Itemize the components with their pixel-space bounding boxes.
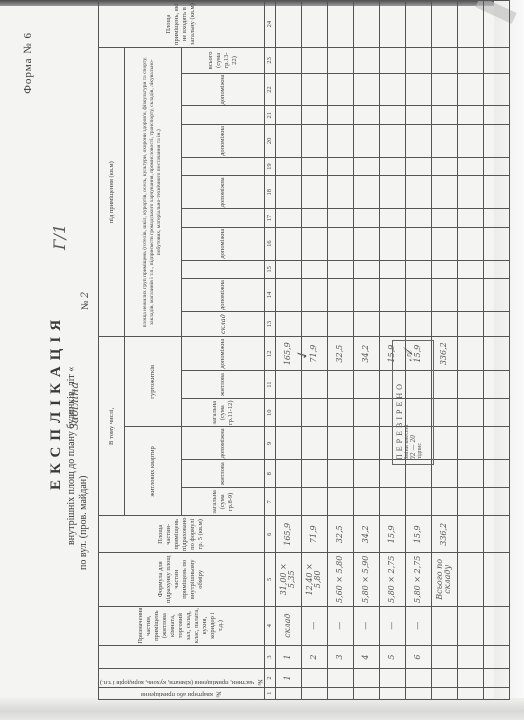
form-number: Форма № 6 (22, 32, 34, 94)
header-col15 (181, 260, 264, 278)
number-field: № 2 (80, 292, 91, 310)
header-col6: Площа частин-приміщень підраховано по фо… (99, 516, 265, 553)
verified-stamp: ПЕРЕВІРЕНО Зміни внесені 02 — 20 підпис … (392, 340, 434, 465)
header-col1: № квартири або приміщення (99, 687, 265, 699)
table-row (483, 1, 509, 700)
document-page: Форма № 6 ЕКСПЛІКАЦІЯ внутрішніх площ до… (0, 0, 524, 720)
header-public-groups: площа нежилих груп приміщень (готелів, ш… (125, 48, 182, 337)
subtitle-line2: по вул. (пров. майдан) (78, 476, 89, 570)
header-non-residential: під приміщення (кв.м) (99, 48, 125, 337)
header-col13: склад (181, 312, 264, 337)
street-value: Забіліна (68, 382, 81, 430)
header-in-that-number: В тому числі, (99, 337, 125, 516)
header-col9: допоміжна (181, 427, 264, 460)
header-col14: допоміжна (181, 279, 264, 312)
header-col5: Формула для підрахунку площ частин примі… (99, 553, 265, 607)
signature-icon: 𝒜 (401, 347, 416, 361)
table-row-total: Всього по складу336,2 336,2 (431, 1, 457, 700)
header-col17 (181, 209, 264, 227)
header-col10: загальна (сума гр.11-12) (181, 399, 264, 427)
table-row: 3— 5,60 × 5,8032,5 32,5 (327, 1, 353, 700)
header-col4: Призначення частин, приміщень (житлова к… (99, 606, 265, 645)
header-col18: допоміжна (181, 176, 264, 209)
header-col2: № частини, приміщення (кімнати, кухонь, … (99, 669, 265, 687)
header-dormitories: гуртожитків (125, 337, 182, 427)
table-row: 4— 5,80 × 5,9034,2 34,2 (353, 1, 379, 700)
header-col22: допоміжна (181, 73, 264, 106)
header-col8: житлова (181, 460, 264, 488)
header-col23: всього (сума гр.13-22) (181, 48, 264, 73)
header-col12: допоміжна (181, 337, 264, 371)
header-col3 (99, 645, 265, 669)
header-col11: житлова (181, 371, 264, 399)
header-col7: загальна (сума гр.8-9) (181, 488, 264, 516)
table-row (457, 1, 483, 700)
header-col20: допоміжна (181, 124, 264, 157)
document-title: ЕКСПЛІКАЦІЯ (48, 314, 65, 490)
header-apartments: житлових квартир (125, 427, 182, 516)
lit-value: Г/1 (50, 224, 69, 250)
header-col24: Площа приміщень, які не входять в загаль… (99, 1, 265, 48)
header-col19 (181, 157, 264, 175)
header-col16: допоміжна (181, 227, 264, 260)
column-number-row: 123 456 789 101112 131415 161718 192021 … (264, 1, 275, 700)
header-col21 (181, 106, 264, 124)
